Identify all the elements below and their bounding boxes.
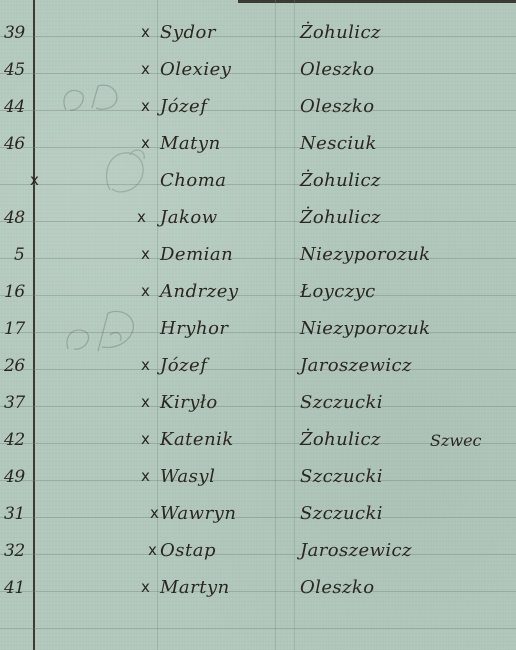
given-name: Wasyl <box>160 466 215 487</box>
surname: Oleszko <box>300 59 374 80</box>
cross-mark: x <box>141 282 150 300</box>
given-name: Józef <box>160 355 207 376</box>
register-row: 46 x Matyn Nesciuk <box>0 122 516 158</box>
given-name: Katenik <box>160 429 234 450</box>
register-row: 42 x Katenik Żohulicz Szwec <box>0 418 516 454</box>
cross-mark: x <box>141 430 150 448</box>
given-name: Józef <box>160 96 207 117</box>
given-name: Andrzey <box>160 281 239 302</box>
cross-mark: x <box>141 467 150 485</box>
surname: Jaroszewicz <box>300 355 412 376</box>
given-name: Ostap <box>160 540 216 561</box>
given-name: Hryhor <box>160 318 229 339</box>
register-row: x Choma Żohulicz <box>0 159 516 195</box>
surname: Żohulicz <box>300 22 381 43</box>
register-row: 41 x Martyn Oleszko <box>0 566 516 602</box>
cross-mark: x <box>141 578 150 596</box>
cross-mark: x <box>141 134 150 152</box>
entry-number: 45 <box>4 60 34 80</box>
surname: Jaroszewicz <box>300 540 412 561</box>
register-row: 45 x Olexiey Oleszko <box>0 48 516 84</box>
entry-number: 42 <box>4 430 34 450</box>
register-row: 49 x Wasyl Szczucki <box>0 455 516 491</box>
register-row: 26 x Józef Jaroszewicz <box>0 344 516 380</box>
given-name: Choma <box>160 170 227 191</box>
surname: Niezyporozuk <box>300 318 430 339</box>
register-page: 39 x Sydor Żohulicz 45 x Olexiey Oleszko… <box>0 0 516 650</box>
surname: Oleszko <box>300 96 374 117</box>
register-row: 17 Hryhor Niezyporozuk <box>0 307 516 343</box>
entry-number: 5 <box>14 245 44 265</box>
surname: Szczucki <box>300 503 383 524</box>
given-name: Kiryło <box>160 392 218 413</box>
ruling-line <box>0 628 516 629</box>
given-name: Olexiey <box>160 59 231 80</box>
entry-number: 48 <box>4 208 34 228</box>
cross-mark: x <box>141 23 150 41</box>
entry-number: 39 <box>4 23 34 43</box>
register-row: 37 x Kiryło Szczucki <box>0 381 516 417</box>
register-row: 16 x Andrzey Łoyczyc <box>0 270 516 306</box>
surname: Nesciuk <box>300 133 377 154</box>
cross-mark: x <box>141 60 150 78</box>
surname: Oleszko <box>300 577 374 598</box>
register-row: 5 x Demian Niezyporozuk <box>0 233 516 269</box>
given-name: Martyn <box>160 577 230 598</box>
register-row: 32 x Ostap Jaroszewicz <box>0 529 516 565</box>
surname: Szczucki <box>300 466 383 487</box>
given-name: Demian <box>160 244 233 265</box>
register-row: 44 x Józef Oleszko <box>0 85 516 121</box>
cross-mark: x <box>148 541 157 559</box>
given-name: Wawryn <box>160 503 236 524</box>
cross-mark: x <box>30 171 39 189</box>
surname: Niezyporozuk <box>300 244 430 265</box>
entry-number: 31 <box>4 504 34 524</box>
surname: Żohulicz <box>300 429 381 450</box>
cross-mark: x <box>141 97 150 115</box>
register-row: 39 x Sydor Żohulicz <box>0 11 516 47</box>
surname: Łoyczyc <box>300 281 376 302</box>
entry-number: 46 <box>4 134 34 154</box>
entry-number: 17 <box>4 319 34 339</box>
entry-number: 32 <box>4 541 34 561</box>
given-name: Sydor <box>160 22 216 43</box>
entry-number: 26 <box>4 356 34 376</box>
top-rule-line <box>238 0 516 3</box>
cross-mark: x <box>141 245 150 263</box>
register-row: 48 x Jakow Żohulicz <box>0 196 516 232</box>
entry-number: 44 <box>4 97 34 117</box>
cross-mark: x <box>141 356 150 374</box>
occupation-note: Szwec <box>430 431 482 450</box>
surname: Żohulicz <box>300 170 381 191</box>
entry-number: 41 <box>4 578 34 598</box>
entry-number: 16 <box>4 282 34 302</box>
cross-mark: x <box>141 393 150 411</box>
surname: Żohulicz <box>300 207 381 228</box>
surname: Szczucki <box>300 392 383 413</box>
given-name: Matyn <box>160 133 221 154</box>
entry-number: 49 <box>4 467 34 487</box>
entry-number: 37 <box>4 393 34 413</box>
register-row: 31 x Wawryn Szczucki <box>0 492 516 528</box>
given-name: Jakow <box>160 207 218 228</box>
cross-mark: x <box>150 504 159 522</box>
cross-mark: x <box>137 208 146 226</box>
